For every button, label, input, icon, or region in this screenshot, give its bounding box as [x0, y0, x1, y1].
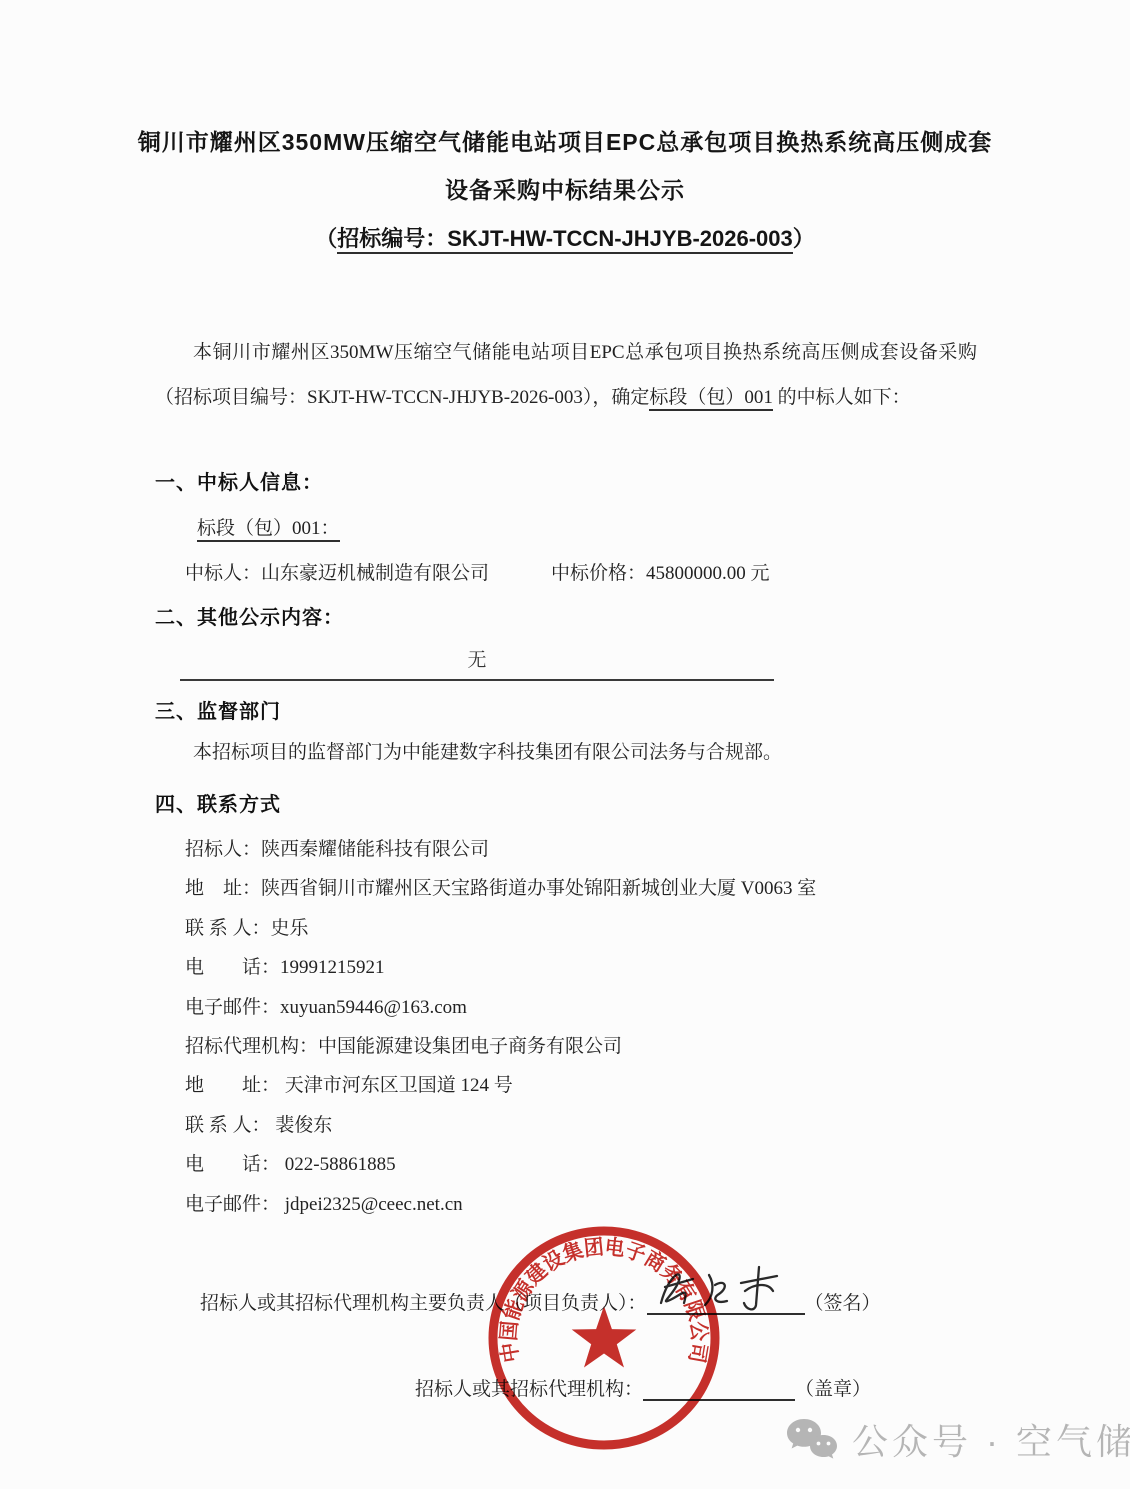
contact-label: 电子邮件：: [185, 997, 280, 1018]
contact-row-agency-person: 联 系 人： 裴俊东: [185, 1110, 816, 1149]
contact-label: 电 话：: [185, 957, 280, 978]
contact-value: 陕西秦耀储能科技有限公司: [261, 839, 489, 860]
price-label: 中标价格：: [551, 563, 646, 584]
contact-value: 19991215921: [280, 957, 385, 978]
seal-star: [572, 1306, 637, 1368]
winner-label: 中标人：: [185, 563, 261, 584]
intro-part2: 的中标人如下：: [773, 387, 911, 408]
signature-blank: [647, 1293, 805, 1315]
tender-number: 招标编号：SKJT-HW-TCCN-JHJYB-2026-003: [337, 226, 793, 254]
contact-value: 陕西省铜川市耀州区天宝路街道办事处锦阳新城创业大厦 V0063 室: [261, 878, 816, 899]
contact-label: 招标代理机构：: [185, 1036, 318, 1057]
page-title-line2: 设备采购中标结果公示: [0, 174, 1130, 206]
contact-list: 招标人：陕西秦耀储能科技有限公司 地 址：陕西省铜川市耀州区天宝路街道办事处锦阳…: [185, 834, 816, 1228]
watermark: 公众号 · 空气储能: [786, 1414, 1130, 1465]
page-title-line1: 铜川市耀州区350MW压缩空气储能电站项目EPC总承包项目换热系统高压侧成套: [0, 126, 1130, 158]
stamp-blank: [643, 1379, 795, 1401]
section4-heading: 四、联系方式: [155, 788, 281, 817]
contact-label: 联 系 人：: [185, 918, 271, 939]
stamp-suffix: （盖章）: [795, 1379, 871, 1400]
contact-label: 电 话：: [185, 1154, 280, 1175]
contact-label: 联 系 人：: [185, 1115, 271, 1136]
stamp-label: 招标人或其招标代理机构：: [415, 1379, 643, 1400]
contact-row-address: 地 址：陕西省铜川市耀州区天宝路街道办事处锦阳新城创业大厦 V0063 室: [185, 873, 816, 912]
announcement-page: 铜川市耀州区350MW压缩空气储能电站项目EPC总承包项目换热系统高压侧成套 设…: [0, 0, 1130, 1489]
contact-row-tenderer: 招标人：陕西秦耀储能科技有限公司: [185, 834, 816, 873]
section2-heading: 二、其他公示内容：: [155, 601, 344, 630]
contact-label: 地 址：: [185, 878, 261, 899]
stamp-line: 招标人或其招标代理机构：（盖章）: [415, 1374, 871, 1401]
contact-row-agency: 招标代理机构：中国能源建设集团电子商务有限公司: [185, 1031, 816, 1070]
contact-label: 电子邮件：: [185, 1194, 280, 1215]
contact-value: 022-58861885: [280, 1154, 396, 1175]
contact-row-email: 电子邮件：xuyuan59446@163.com: [185, 992, 816, 1031]
contact-value: 裴俊东: [271, 1115, 333, 1136]
contact-label: 地 址：: [185, 1075, 280, 1096]
winner-line: 中标人：山东豪迈机械制造有限公司中标价格：45800000.00 元: [185, 558, 770, 585]
company-seal: 中国能源建设集团电子商务有限公司: [484, 1222, 724, 1454]
signature-scribble: [653, 1263, 799, 1315]
section3-content: 本招标项目的监督部门为中能建数字科技集团有限公司法务与合规部。: [155, 740, 977, 766]
section1-heading: 一、中标人信息：: [155, 466, 323, 495]
contact-value: xuyuan59446@163.com: [280, 997, 467, 1018]
intro-paragraph: 本铜川市耀州区350MW压缩空气储能电站项目EPC总承包项目换热系统高压侧成套设…: [155, 330, 977, 420]
contact-row-phone: 电 话：19991215921: [185, 952, 816, 991]
wechat-icon: [786, 1417, 838, 1463]
contact-row-agency-email: 电子邮件： jdpei2325@ceec.net.cn: [185, 1189, 816, 1228]
contact-row-agency-address: 地 址： 天津市河东区卫国道 124 号: [185, 1070, 816, 1109]
intro-lot-underlined: 标段（包）001: [649, 387, 773, 411]
contact-label: 招标人：: [185, 839, 261, 860]
section2-content-blank: 无: [180, 645, 774, 681]
tender-number-line: （招标编号：SKJT-HW-TCCN-JHJYB-2026-003）: [0, 222, 1130, 253]
lot-label-text: 标段（包）001：: [197, 518, 340, 542]
contact-value: 史乐: [271, 918, 309, 939]
tender-number-open-paren: （: [315, 226, 337, 251]
signature-label: 招标人或其招标代理机构主要负责人（项目负责人）：: [200, 1293, 647, 1314]
winner-value: 山东豪迈机械制造有限公司: [261, 563, 489, 584]
tender-number-close-paren: ）: [793, 226, 815, 251]
watermark-text: 公众号 · 空气储能: [852, 1414, 1130, 1465]
contact-row-agency-phone: 电 话： 022-58861885: [185, 1149, 816, 1188]
section3-heading: 三、监督部门: [155, 695, 281, 724]
signature-suffix: （签名）: [805, 1293, 881, 1314]
lot-label: 标段（包）001：: [197, 513, 340, 540]
contact-value: 中国能源建设集团电子商务有限公司: [318, 1036, 622, 1057]
contact-row-person: 联 系 人：史乐: [185, 913, 816, 952]
price-value: 45800000.00 元: [646, 563, 770, 584]
contact-value: 天津市河东区卫国道 124 号: [280, 1075, 513, 1096]
contact-value: jdpei2325@ceec.net.cn: [280, 1194, 463, 1215]
signature-line: 招标人或其招标代理机构主要负责人（项目负责人）： （签名）: [200, 1288, 881, 1315]
